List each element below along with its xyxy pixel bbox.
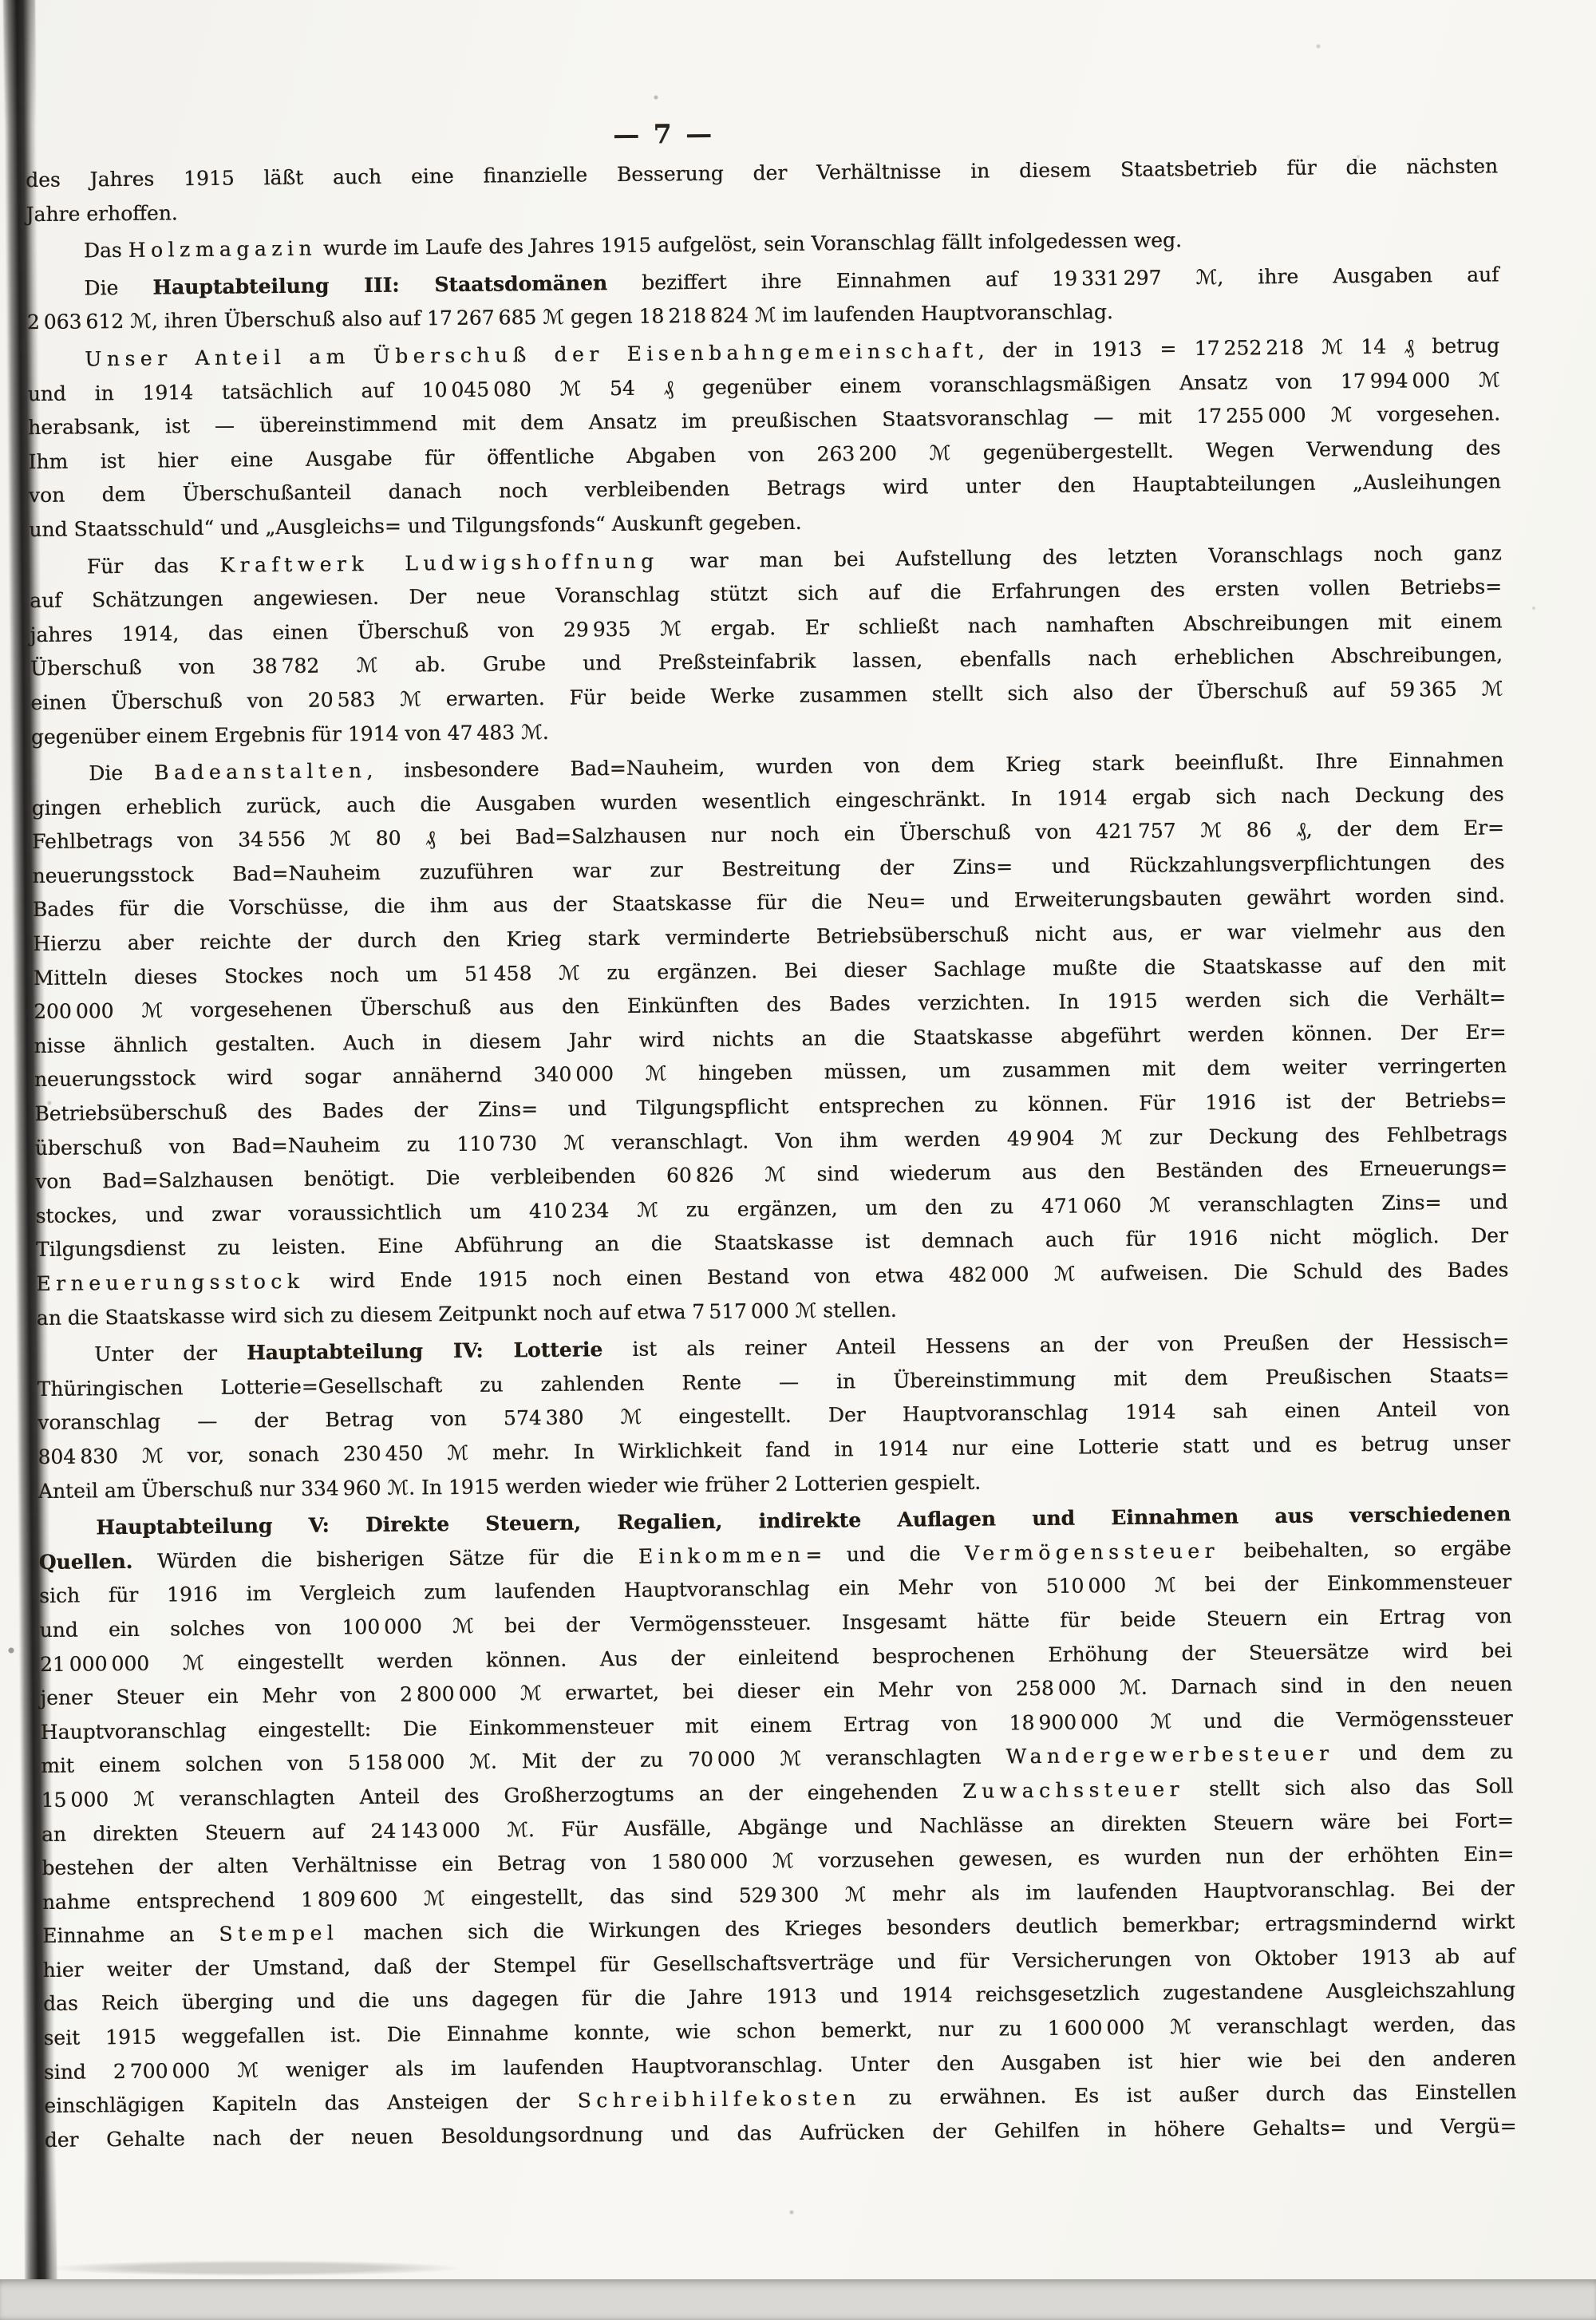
paragraph: Unter der Hauptabteilung IV: Lotterie is… [37, 1324, 1511, 1508]
paragraph: Die Hauptabteilung III: Staatsdomänen be… [26, 258, 1499, 340]
document-text: des Jahres 1915 läßt auch eine finanziel… [26, 149, 1517, 2160]
page-background: — 7 — des Jahres 1915 läßt auch eine fin… [0, 0, 1596, 2320]
bottom-scan-edge [0, 2279, 1596, 2320]
paragraph: des Jahres 1915 läßt auch eine finanziel… [26, 149, 1499, 231]
paragraph: Hauptabteilung V: Direkte Steuern, Regal… [38, 1497, 1517, 2157]
page-number: — 7 — [1, 112, 1325, 156]
paragraph: Die Badeanstalten, insbesondere Bad=Nauh… [31, 743, 1509, 1335]
paragraph: Für das Kraftwerk Ludwigshoffnung war ma… [30, 536, 1503, 754]
scanned-content: — 7 — des Jahres 1915 läßt auch eine fin… [0, 0, 1596, 2320]
paragraph: Unser Anteil am Überschuß der Eisenbahng… [27, 329, 1501, 547]
